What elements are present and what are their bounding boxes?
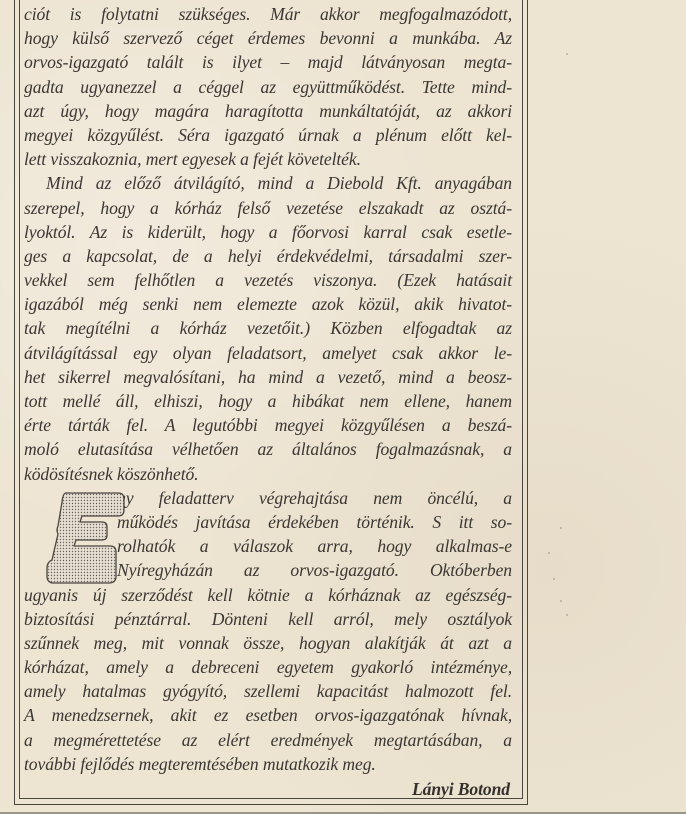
drop-cap-e-icon <box>44 490 126 586</box>
text-line: lett visszakoznia, mert egyesek a fejét … <box>24 147 512 171</box>
text-line: amely hatalmas gyógyító, szellemi kapaci… <box>24 679 512 703</box>
text-line: érte tárták fel. A legutóbbi megyei közg… <box>24 413 512 437</box>
text-line: szűnnek meg, mit vonnak össze, hogyan al… <box>24 631 512 655</box>
text-line: ködösítésnek köszönhető. <box>24 462 512 486</box>
text-line: A menedzsernek, akit ez esetben orvos-ig… <box>24 703 512 727</box>
text-line: moló elutasítása vélhetően az általános … <box>24 437 512 461</box>
text-line: további fejlődés megteremtésében mutatko… <box>24 752 512 776</box>
paper-speck <box>560 527 562 529</box>
text-line: ges a kapcsolat, de a helyi érdekvédelmi… <box>24 244 512 268</box>
text-line: szerepel, hogy a kórház felső vezetése e… <box>24 196 512 220</box>
text-line: ciót is folytatni szükséges. Már akkor m… <box>24 2 512 26</box>
text-line: lyoktól. Az is kiderült, hogy a főorvosi… <box>24 220 512 244</box>
text-line: gadta ugyanezzel a céggel az együttműköd… <box>24 75 512 99</box>
article-body: ciót is folytatni szükséges. Már akkor m… <box>24 2 512 801</box>
text-line: tak megítélni a kórház vezetőit.) Közben… <box>24 316 512 340</box>
paper-speck <box>553 578 555 580</box>
text-line: tott mellé áll, elhiszi, hogy a hibákat … <box>24 389 512 413</box>
author-signature: Lányi Botond <box>24 777 512 801</box>
text-line: átvilágítással egy olyan feladatsort, am… <box>24 341 512 365</box>
paper-speck <box>548 552 550 554</box>
text-line: hogy külső szervező céget érdemes bevonn… <box>24 26 512 50</box>
paper-speck <box>560 600 562 602</box>
text-line: kórházat, amely a debreceni egyetem gyak… <box>24 655 512 679</box>
text-line: megyei közgyűlést. Séra igazgató úrnak a… <box>24 123 512 147</box>
text-line: ugyanis új szerződést kell kötnie a kórh… <box>24 583 512 607</box>
paragraph-1: ciót is folytatni szükséges. Már akkor m… <box>24 2 512 171</box>
text-line: orvos-igazgató talált is ilyet – majd lá… <box>24 50 512 74</box>
text-line: het sikerrel megvalósítani, ha mind a ve… <box>24 365 512 389</box>
text-line: biztosítási pénztárral. Dönteni kell arr… <box>24 607 512 631</box>
text-line: vekkel sem felhőtlen a vezetés viszonya.… <box>24 268 512 292</box>
paper-speck <box>566 53 568 55</box>
paper-speck <box>566 614 568 616</box>
text-line: azt úgy, hogy magára haragította munkált… <box>24 99 512 123</box>
text-line: Mind az előző átvilágító, mind a Diebold… <box>24 171 512 195</box>
text-line: igazából még senki nem elemezte azok köz… <box>24 292 512 316</box>
newspaper-clipping: ciót is folytatni szükséges. Már akkor m… <box>0 0 686 814</box>
paragraph-2: Mind az előző átvilágító, mind a Diebold… <box>24 171 512 485</box>
text-line: a megmérettetése az elért eredmények meg… <box>24 728 512 752</box>
paragraph-3: gy feladatterv végrehajtása nem öncélú, … <box>24 486 512 776</box>
